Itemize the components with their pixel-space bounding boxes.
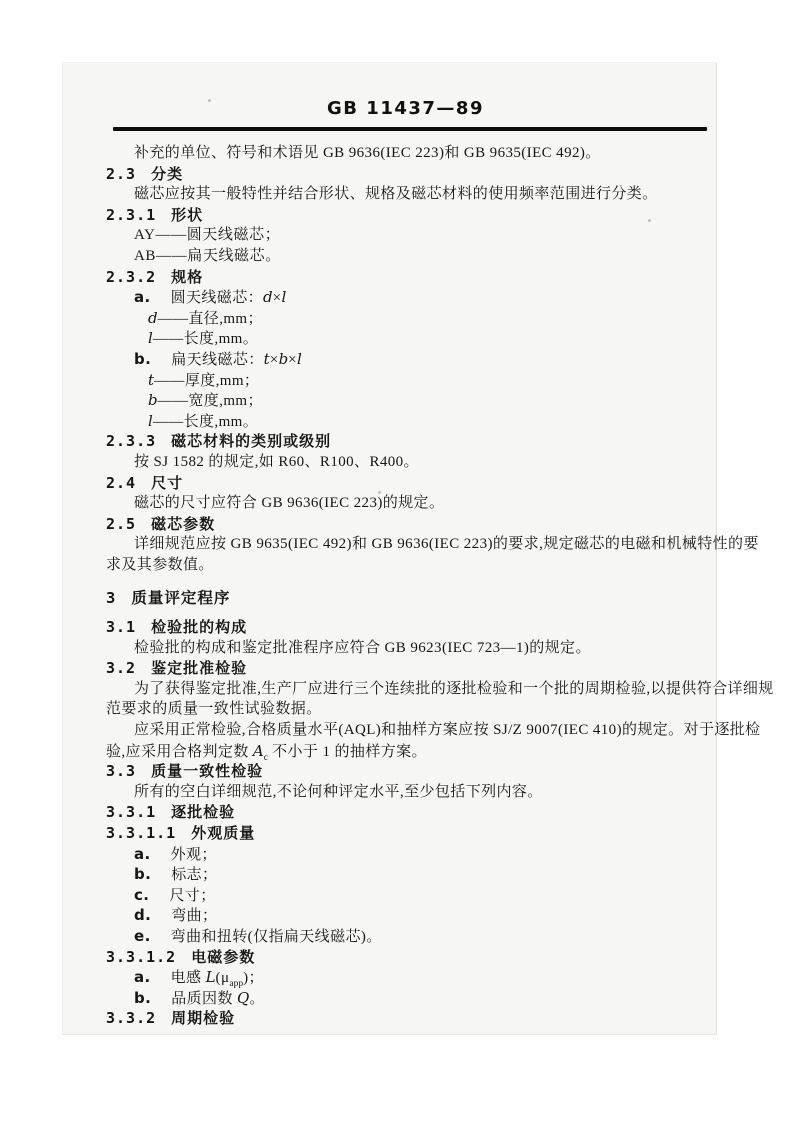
doc-line-9: d——直径,mm； <box>148 308 716 329</box>
section-3.3.1.2: 3.3.1.2电磁参数 <box>106 947 716 968</box>
doc-line-21: 求及其参数值。 <box>106 555 716 576</box>
clause-number: 2.3 <box>106 165 136 183</box>
section-3.3: 3.3质量一致性检验 <box>106 761 716 782</box>
clause-number: 3.3.1.1 <box>106 824 176 842</box>
clause-title: 逐批检验 <box>171 803 235 821</box>
doc-line-8: a.圆天线磁芯：d×l <box>134 287 716 308</box>
text-run: ——宽度,mm； <box>158 393 263 409</box>
clause-title: 尺寸 <box>151 474 183 492</box>
doc-line-6: AB——扁天线磁芯。 <box>134 246 716 267</box>
text-run: 按 SJ 1582 的规定,如 R60、R100、R400。 <box>134 454 419 470</box>
text-run: ——长度,mm。 <box>153 414 258 430</box>
section-3.3.1: 3.3.1逐批检验 <box>106 802 716 823</box>
doc-line-10: l——长度,mm。 <box>148 328 716 349</box>
clause-number: 3.3.2 <box>106 1009 156 1027</box>
section-3.2: 3.2鉴定批准检验 <box>106 658 716 679</box>
clause-number: 3.2 <box>106 659 136 677</box>
text-run: b <box>279 350 289 368</box>
section-2.4: 2.4尺寸 <box>106 473 716 494</box>
clause-title: 形状 <box>171 206 203 224</box>
scanned-document-viewport: GB 11437—89 补充的单位、符号和术语见 GB 9636(IEC 223… <box>0 0 793 1122</box>
text-run: 外观； <box>171 847 217 863</box>
text-run: 弯曲； <box>171 908 217 924</box>
clause-title: 分类 <box>151 165 183 183</box>
doc-line-38: e.弯曲和扭转(仅指扁天线磁芯)。 <box>134 926 716 947</box>
item-label: d. <box>134 906 151 924</box>
section-2.3.1: 2.3.1形状 <box>106 205 716 226</box>
text-run: 详细规范应按 GB 9635(IEC 492)和 GB 9636(IEC 223… <box>134 536 759 552</box>
section-3.1: 3.1检验批的构成 <box>106 617 716 638</box>
text-run: b <box>148 391 158 409</box>
doc-line-34: a.外观； <box>134 844 716 865</box>
text-run: 尺寸； <box>169 888 215 904</box>
doc-line-27: 范要求的质量一致性试验数据。 <box>106 699 716 720</box>
text-run: 磁芯应按其一般特性并结合形状、规格及磁芯材料的使用频率范围进行分类。 <box>134 186 658 202</box>
text-run: d <box>148 309 158 327</box>
text-run: l <box>297 350 302 368</box>
doc-line-14: l——长度,mm。 <box>148 411 716 432</box>
text-run: AB——扁天线磁芯。 <box>134 248 281 264</box>
text-run: d <box>263 288 273 306</box>
text-run: 电感 <box>171 970 206 986</box>
section-2.3: 2.3分类 <box>106 164 716 185</box>
doc-line-3: 磁芯应按其一般特性并结合形状、规格及磁芯材料的使用频率范围进行分类。 <box>134 184 716 205</box>
doc-line-41: b.品质因数 Q。 <box>134 988 716 1009</box>
text-run: ——厚度,mm； <box>154 373 259 389</box>
standard-number: GB 11437—89 <box>79 97 732 121</box>
text-run: × <box>270 352 279 368</box>
clause-number: 3.3 <box>106 762 136 780</box>
clause-title: 周期检验 <box>171 1009 235 1027</box>
clause-number: 3 <box>106 589 116 607</box>
doc-line-37: d.弯曲； <box>134 905 716 926</box>
doc-line-36: c.尺寸； <box>134 885 716 906</box>
text-run: ——直径,mm； <box>158 311 263 327</box>
clause-number: 3.3.1 <box>106 803 156 821</box>
item-label: b. <box>134 989 151 1007</box>
text-run: 为了获得鉴定批准,生产厂应进行三个连续批的逐批检验和一个批的周期检验,以提供符合… <box>134 681 774 697</box>
text-run: 应采用正常检验,合格质量水平(AQL)和抽样方案应按 SJ/Z 9007(IEC… <box>134 722 761 738</box>
text-run: 标志； <box>171 867 217 883</box>
text-run: A <box>253 742 264 760</box>
doc-line-31: 所有的空白详细规范,不论何种评定水平,至少包括下列内容。 <box>134 782 716 803</box>
text-run: )； <box>243 970 264 986</box>
text-run: 范要求的质量一致性试验数据。 <box>106 701 322 717</box>
text-run: 弯曲和扭转(仅指扁天线磁芯)。 <box>171 929 382 945</box>
doc-line-35: b.标志； <box>134 864 716 885</box>
doc-line-1: 补充的单位、符号和术语见 GB 9636(IEC 223)和 GB 9635(I… <box>134 143 716 164</box>
section-2.3.3: 2.3.3磁芯材料的类别或级别 <box>106 431 716 452</box>
item-label: b. <box>134 865 151 883</box>
text-run: 补充的单位、符号和术语见 GB 9636(IEC 223)和 GB 9635(I… <box>134 145 601 161</box>
item-label: a. <box>134 968 151 986</box>
text-run: × <box>273 290 282 306</box>
text-run: 检验批的构成和鉴定批准程序应符合 GB 9623(IEC 723—1)的规定。 <box>134 640 591 656</box>
clause-title: 磁芯参数 <box>151 515 215 533</box>
doc-line-24: 检验批的构成和鉴定批准程序应符合 GB 9623(IEC 723—1)的规定。 <box>134 638 716 659</box>
item-label: b. <box>134 350 151 368</box>
text-run: 。 <box>249 991 264 1007</box>
doc-line-40: a.电感 L(μapp)； <box>134 967 716 988</box>
text-run: 圆天线磁芯： <box>171 290 263 306</box>
clause-number: 2.4 <box>106 474 136 492</box>
item-label: a. <box>134 845 151 863</box>
text-run: 品质因数 <box>171 991 237 1007</box>
clause-title: 鉴定批准检验 <box>151 659 247 677</box>
clause-title: 外观质量 <box>191 824 255 842</box>
text-run: ——长度,mm。 <box>153 331 258 347</box>
clause-number: 2.3.1 <box>106 206 156 224</box>
doc-line-12: t——厚度,mm； <box>148 370 716 391</box>
scan-speck <box>378 491 381 494</box>
clause-title: 磁芯材料的类别或级别 <box>171 432 331 450</box>
doc-line-5: AY——圆天线磁芯； <box>134 225 716 246</box>
doc-line-16: 按 SJ 1582 的规定,如 R60、R100、R400。 <box>134 452 716 473</box>
section-2.3.2: 2.3.2规格 <box>106 267 716 288</box>
clause-title: 质量一致性检验 <box>151 762 263 780</box>
clause-title: 检验批的构成 <box>151 618 247 636</box>
document-content: 补充的单位、符号和术语见 GB 9636(IEC 223)和 GB 9635(I… <box>106 143 716 1029</box>
clause-number: 2.3.2 <box>106 268 156 286</box>
clause-title: 电磁参数 <box>191 948 255 966</box>
clause-number: 3.1 <box>106 618 136 636</box>
text-run: 磁芯的尺寸应符合 GB 9636(IEC 223)的规定。 <box>134 495 444 511</box>
text-run: 不小于 1 的抽样方案。 <box>268 744 427 760</box>
doc-line-11: b.扁天线磁芯：t×b×l <box>134 349 716 370</box>
text-run: L <box>206 968 216 986</box>
doc-line-20: 详细规范应按 GB 9635(IEC 492)和 GB 9636(IEC 223… <box>134 534 716 555</box>
scan-page: GB 11437—89 补充的单位、符号和术语见 GB 9636(IEC 223… <box>62 62 717 1035</box>
doc-line-29: 验,应采用合格判定数 Ac 不小于 1 的抽样方案。 <box>106 741 716 762</box>
text-run: 扁天线磁芯： <box>171 352 263 368</box>
section-3.3.1.1: 3.3.1.1外观质量 <box>106 823 716 844</box>
header-rule <box>113 127 707 131</box>
text-run: l <box>282 288 287 306</box>
doc-line-26: 为了获得鉴定批准,生产厂应进行三个连续批的逐批检验和一个批的周期检验,以提供符合… <box>134 679 716 700</box>
text-run: Q <box>237 989 249 1007</box>
section-3: 3质量评定程序 <box>106 588 716 609</box>
text-run: 求及其参数值。 <box>106 557 214 573</box>
doc-line-13: b——宽度,mm； <box>148 390 716 411</box>
item-label: a. <box>134 288 151 306</box>
text-run: 所有的空白详细规范,不论何种评定水平,至少包括下列内容。 <box>134 784 543 800</box>
scan-speck <box>648 219 651 222</box>
clause-number: 3.3.1.2 <box>106 948 176 966</box>
item-label: e. <box>134 927 151 945</box>
clause-number: 2.3.3 <box>106 432 156 450</box>
clause-title: 质量评定程序 <box>131 589 230 607</box>
text-run: AY——圆天线磁芯； <box>134 227 280 243</box>
section-2.5: 2.5磁芯参数 <box>106 514 716 535</box>
clause-title: 规格 <box>171 268 203 286</box>
clause-number: 2.5 <box>106 515 136 533</box>
item-label: c. <box>134 886 149 904</box>
doc-line-18: 磁芯的尺寸应符合 GB 9636(IEC 223)的规定。 <box>134 493 716 514</box>
section-3.3.2: 3.3.2周期检验 <box>106 1008 716 1029</box>
scan-speck <box>208 99 211 102</box>
text-run: 验,应采用合格判定数 <box>106 744 253 760</box>
doc-line-28: 应采用正常检验,合格质量水平(AQL)和抽样方案应按 SJ/Z 9007(IEC… <box>134 720 716 741</box>
text-run: × <box>288 352 297 368</box>
